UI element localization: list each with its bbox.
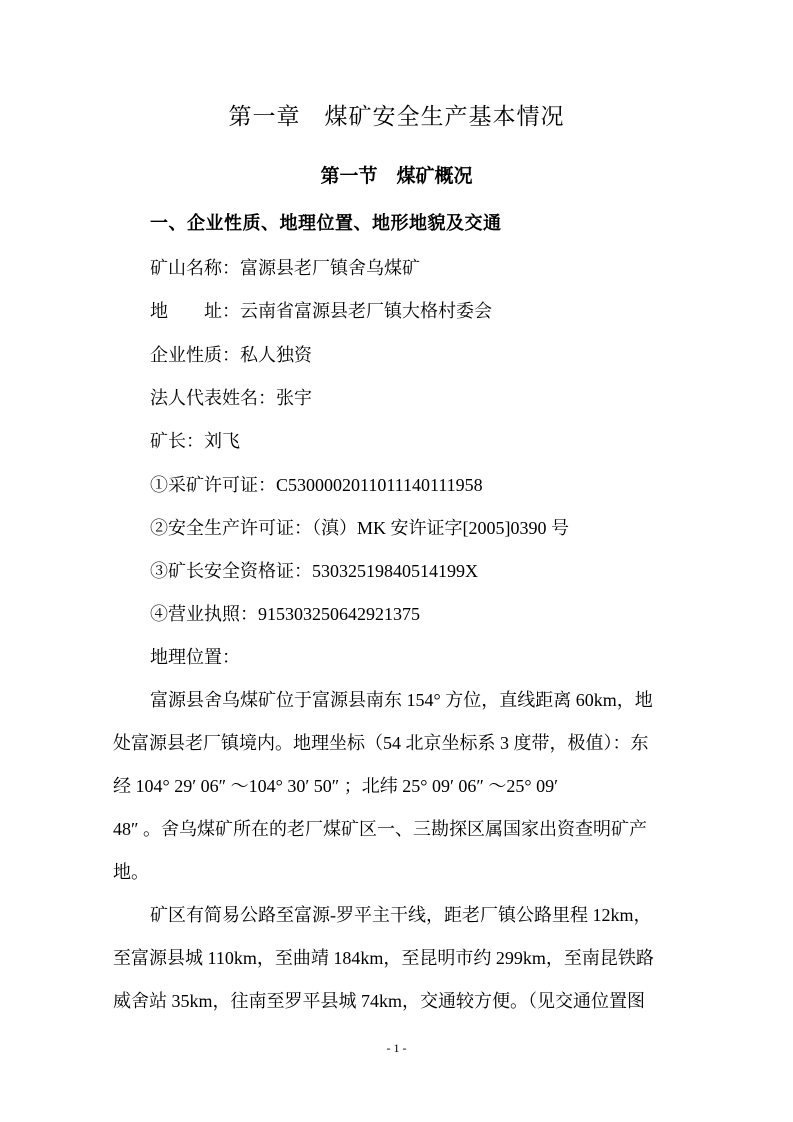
manager-safety-cert-line: ③矿长安全资格证：53032519840514199X [150, 559, 478, 583]
section-title: 第一节 煤矿概况 [0, 164, 793, 190]
mine-manager-line: 矿长：刘飞 [150, 429, 240, 453]
enterprise-type-line: 企业性质：私人独资 [150, 343, 312, 367]
paragraph2-line-3: 威舍站 35km，往南至罗平县城 74km，交通较方便。（见交通位置图 [113, 989, 645, 1013]
paragraph2-line-2: 至富源县城 110km，至曲靖 184km，至昆明市约 299km，至南昆铁路 [113, 946, 654, 970]
mine-name-line: 矿山名称：富源县老厂镇舍乌煤矿 [150, 256, 420, 280]
paragraph2-line-1: 矿区有简易公路至富源-罗平主干线，距老厂镇公路里程 12km， [150, 903, 652, 927]
business-license-line: ④营业执照：915303250642921375 [150, 602, 420, 626]
safety-production-license-line: ②安全生产许可证：（滇）MK 安许证字[2005]0390 号 [150, 516, 569, 540]
geographic-location-label: 地理位置： [150, 645, 240, 669]
document-page: 第一章 煤矿安全生产基本情况 第一节 煤矿概况 一、企业性质、地理位置、地形地貌… [0, 0, 793, 1122]
paragraph1-line-2: 处富源县老厂镇境内。地理坐标（54 北京坐标系 3 度带，极值）：东 [113, 731, 649, 755]
page-number: - 1 - [0, 1040, 793, 1056]
address-line: 地 址：云南省富源县老厂镇大格村委会 [150, 299, 492, 323]
chapter-title: 第一章 煤矿安全生产基本情况 [0, 102, 793, 132]
paragraph1-line-4: 48″ 。舍乌煤矿所在的老厂煤矿区一、三勘探区属国家出资查明矿产 [113, 817, 647, 841]
paragraph1-line-5: 地。 [113, 860, 149, 884]
legal-representative-line: 法人代表姓名：张宇 [150, 386, 312, 410]
mining-license-line: ①采矿许可证：C5300002011011140111958 [150, 473, 483, 497]
subsection-heading: 一、企业性质、地理位置、地形地貌及交通 [150, 210, 502, 236]
paragraph1-line-1: 富源县舍乌煤矿位于富源县南东 154° 方位，直线距离 60km，地 [150, 688, 653, 712]
paragraph1-line-3: 经 104° 29′ 06″ ～104° 30′ 50″ ；北纬 25° 09′… [113, 774, 558, 798]
